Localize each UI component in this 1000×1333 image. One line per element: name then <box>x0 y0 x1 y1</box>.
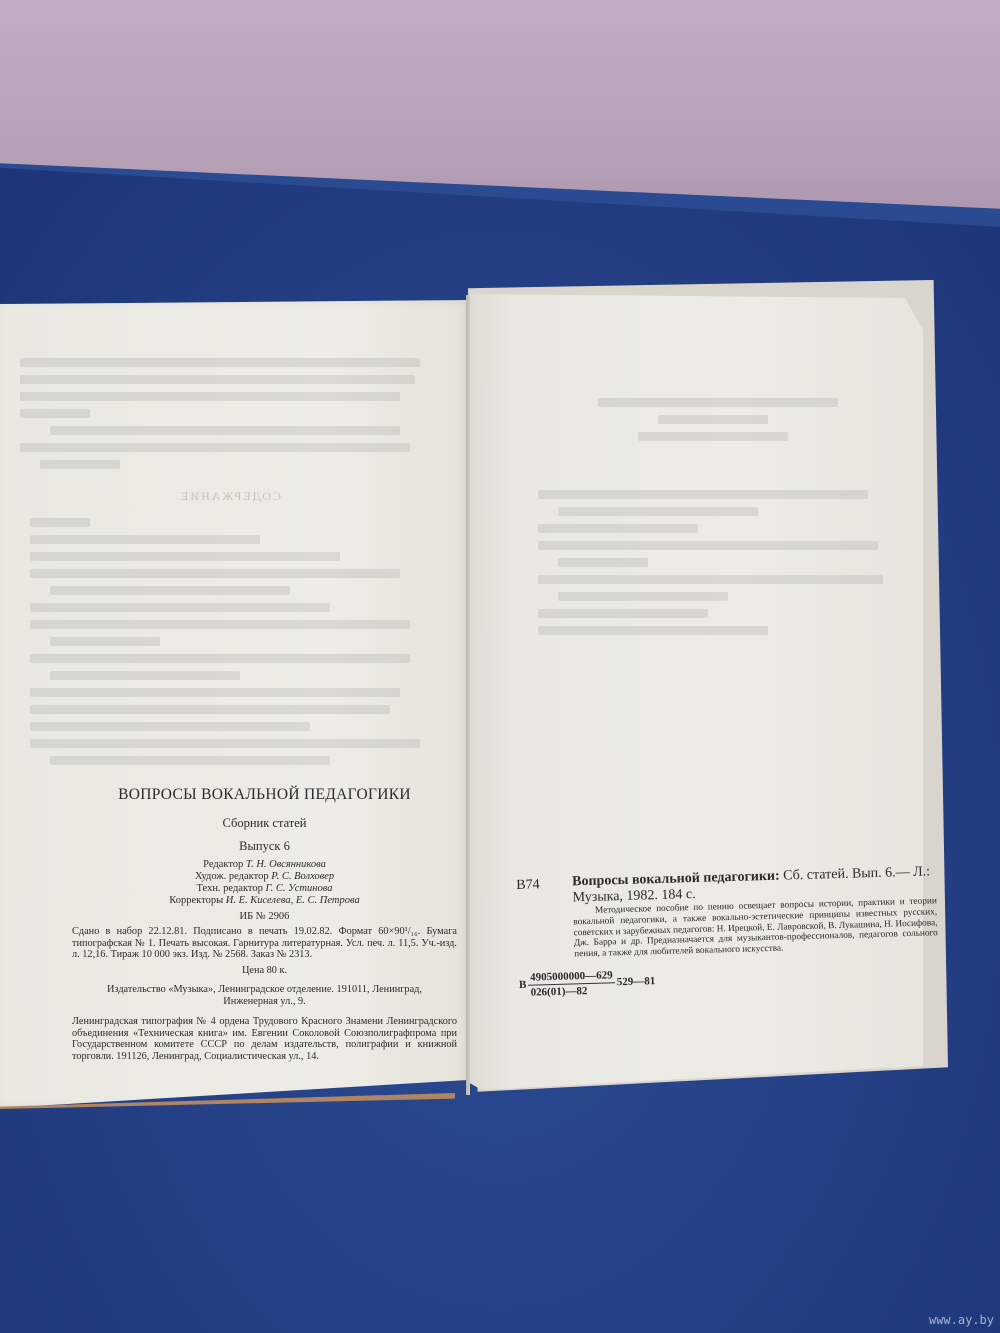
ib-number: ИБ № 2906 <box>72 911 457 922</box>
book-subtitle: Сборник статей <box>72 816 457 831</box>
price: Цена 80 к. <box>72 965 457 977</box>
credits-list: Редактор Т. Н. Овсянникова Худож. редакт… <box>72 859 457 907</box>
book-imprint: ВОПРОСЫ ВОКАЛЬНОЙ ПЕДАГОГИКИ Сборник ста… <box>72 786 457 1062</box>
credit-proofreaders: Корректоры И. Е. Киселева, Е. С. Петрова <box>72 895 457 907</box>
publisher: Издательство «Музыка», Ленинградское отд… <box>72 984 457 1008</box>
catalog-code: В74 <box>516 877 540 894</box>
watermark: www.ay.by <box>929 1313 994 1327</box>
left-page: СОДЕРЖАНИЕ ВОПРОСЫ ВОКАЛЬНОЙ ПЕДАГОГИКИ … <box>0 300 472 1108</box>
book-issue: Выпуск 6 <box>72 839 457 854</box>
show-through-heading: СОДЕРЖАНИЕ <box>130 488 330 505</box>
show-through-contents <box>30 510 460 773</box>
show-through-text-top <box>20 350 440 477</box>
show-through-text-right <box>538 390 908 643</box>
credit-art-editor: Худож. редактор Р. С. Волховер <box>72 871 457 883</box>
book-gutter <box>466 295 470 1095</box>
credit-tech-editor: Техн. редактор Г. С. Устинова <box>72 883 457 895</box>
catalog-card: В74 Вопросы вокальной педагогики: Сб. ст… <box>516 864 939 999</box>
print-details: Сдано в набор 22.12.81. Подписано в печа… <box>72 926 457 961</box>
book-title: ВОПРОСЫ ВОКАЛЬНОЙ ПЕДАГОГИКИ <box>72 786 457 804</box>
credit-editor: Редактор Т. Н. Овсянникова <box>72 859 457 871</box>
catalog-abstract: Методическое пособие по пению освещает в… <box>573 896 938 960</box>
printer-info: Ленинградская типография № 4 ордена Труд… <box>72 1016 457 1062</box>
